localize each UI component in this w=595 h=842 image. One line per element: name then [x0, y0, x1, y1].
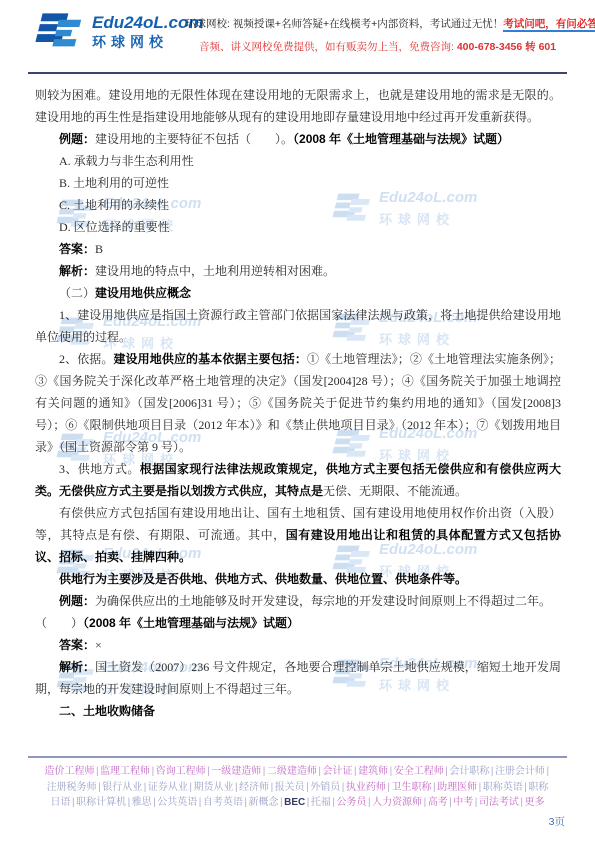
option-a: A. 承载力与非生态利用性	[35, 150, 561, 172]
answer-1: 答案：B	[35, 238, 561, 260]
footer-link[interactable]: BEC	[284, 797, 305, 808]
section-heading-land-reserve: 二、土地收购储备	[35, 700, 561, 722]
option-c: C. 土地利用的永续性	[35, 194, 561, 216]
footer-link[interactable]: 注册会计师	[495, 766, 545, 777]
brand-logo: Edu24oL.com 环球网校	[30, 10, 203, 54]
footer-link[interactable]: 外销员	[310, 782, 340, 793]
footer-link[interactable]: 职称	[528, 782, 548, 793]
header-slogan: 环球网校: 视频授课+名师答疑+在线模考+内部资料，考试通过无忧！考试问吧，有问…	[185, 16, 595, 31]
footer-link[interactable]: 执业药师	[346, 782, 386, 793]
header: Edu24oL.com 环球网校 环球网校: 视频授课+名师答疑+在线模考+内部…	[30, 10, 569, 68]
footer-link[interactable]: 职称英语	[483, 782, 523, 793]
footer-link[interactable]: 更多	[525, 797, 545, 808]
footer-row-1: 造价工程师|监理工程师|咨询工程师|一级建造师|二级建造师|会计证|建筑师|安全…	[26, 764, 569, 780]
document-page: Edu24oL.com 环球网校 环球网校: 视频授课+名师答疑+在线模考+内部…	[0, 0, 595, 842]
footer-link[interactable]: 银行从业	[102, 782, 142, 793]
analysis-1: 解析：建设用地的特点中，土地利用逆转相对困难。	[35, 260, 561, 282]
footer-link[interactable]: 中考	[453, 797, 473, 808]
footer-link[interactable]: 二级建造师	[267, 766, 317, 777]
footer-link[interactable]: 卫生职称	[392, 782, 432, 793]
example-question-1: 例题：建设用地的主要特征不包括（ ）。（2008 年《土地管理基础与法规》试题）	[35, 128, 561, 150]
footer-link[interactable]: 新概念	[249, 797, 279, 808]
footer-row-3: 日语|职称计算机|雅思|公共英语|自考英语|新概念|BEC|托福|公务员|人力资…	[26, 795, 569, 811]
paid-supply-paragraph: 有偿供应方式包括国有建设用地出让、国有土地租赁、国有建设用地使用权作价出资（入股…	[35, 502, 561, 568]
footer-link[interactable]: 一级建造师	[211, 766, 261, 777]
edu24ol-logo-icon	[30, 10, 86, 54]
footer-link[interactable]: 高考	[428, 797, 448, 808]
footer-link[interactable]: 会计职称	[449, 766, 489, 777]
footer-link[interactable]: 咨询工程师	[156, 766, 206, 777]
footer-link[interactable]: 雅思	[132, 797, 152, 808]
answer-2: 答案：×	[35, 634, 561, 656]
item-1-definition: 1、建设用地供应是指国土资源行政主管部门依据国家法律法规与政策，将土地提供给建设…	[35, 304, 561, 348]
footer-link[interactable]: 司法考试	[479, 797, 519, 808]
footer-link[interactable]: 职称计算机	[76, 797, 126, 808]
hotline-text: 音频、讲义网校免费提供，如有贩卖勿上当，免费咨询:	[199, 41, 457, 53]
section-heading-2: （二）建设用地供应概念	[35, 282, 561, 304]
footer-link[interactable]: 造价工程师	[44, 766, 94, 777]
item-2-basis: 2、依据。建设用地供应的基本依据主要包括：①《土地管理法》；②《土地管理法实施条…	[35, 348, 561, 458]
paragraph-continuation: 则较为困难。建设用地的无限性体现在建设用地的无限需求上，也就是建设用地的需求是无…	[35, 84, 561, 128]
footer-link[interactable]: 监理工程师	[100, 766, 150, 777]
option-d: D. 区位选择的重要性	[35, 216, 561, 238]
footer-link[interactable]: 助理医师	[437, 782, 477, 793]
footer-link[interactable]: 日语	[50, 797, 70, 808]
footer-row-2: 注册税务师|银行从业|证券从业|期货从业|经济师|报关员|外销员|执业药师|卫生…	[26, 780, 569, 796]
page-number: 3页	[549, 814, 565, 829]
document-body: 则较为困难。建设用地的无限性体现在建设用地的无限需求上，也就是建设用地的需求是无…	[35, 84, 561, 722]
analysis-2: 解析：国土资发（2007）236 号文件规定，各地要合理控制单宗土地供应规模，缩…	[35, 656, 561, 700]
footer-link[interactable]: 期货从业	[193, 782, 233, 793]
footer-link[interactable]: 人力资源师	[372, 797, 422, 808]
footer-link[interactable]: 会计证	[323, 766, 353, 777]
exam-qa-link[interactable]: 考试问吧，有问必答	[503, 18, 595, 32]
item-3-supply-mode: 3、供地方式。根据国家现行法律法规政策规定，供地方式主要包括无偿供应和有偿供应两…	[35, 458, 561, 502]
footer-link[interactable]: 公共英语	[157, 797, 197, 808]
header-hotline: 音频、讲义网校免费提供，如有贩卖勿上当，免费咨询: 400-678-3456 转…	[185, 39, 595, 54]
footer-link[interactable]: 公务员	[336, 797, 366, 808]
header-divider	[28, 72, 567, 74]
slogan-text: 环球网校: 视频授课+名师答疑+在线模考+内部资料，考试通过无忧！	[185, 18, 503, 30]
footer-link[interactable]: 托福	[311, 797, 331, 808]
footer-link[interactable]: 安全工程师	[394, 766, 444, 777]
footer-links: 造价工程师|监理工程师|咨询工程师|一级建造师|二级建造师|会计证|建筑师|安全…	[26, 764, 569, 811]
footer-link[interactable]: 证券从业	[148, 782, 188, 793]
supply-behavior-paragraph: 供地行为主要涉及是否供地、供地方式、供地数量、供地位置、供地条件等。	[35, 568, 561, 590]
footer-link[interactable]: 建筑师	[358, 766, 388, 777]
footer-link[interactable]: 自考英语	[203, 797, 243, 808]
hotline-phone: 400-678-3456 转 601	[457, 41, 556, 53]
example-question-2-cont: （ ）（2008 年《土地管理基础与法规》试题）	[35, 612, 561, 634]
footer-link[interactable]: 注册税务师	[47, 782, 97, 793]
footer-divider	[28, 756, 567, 758]
option-b: B. 土地利用的可逆性	[35, 172, 561, 194]
example-question-2: 例题：为确保供应出的土地能够及时开发建设，每宗地的开发建设时间原则上不得超过二年…	[35, 590, 561, 612]
footer-link[interactable]: 报关员	[275, 782, 305, 793]
footer-link[interactable]: 经济师	[239, 782, 269, 793]
